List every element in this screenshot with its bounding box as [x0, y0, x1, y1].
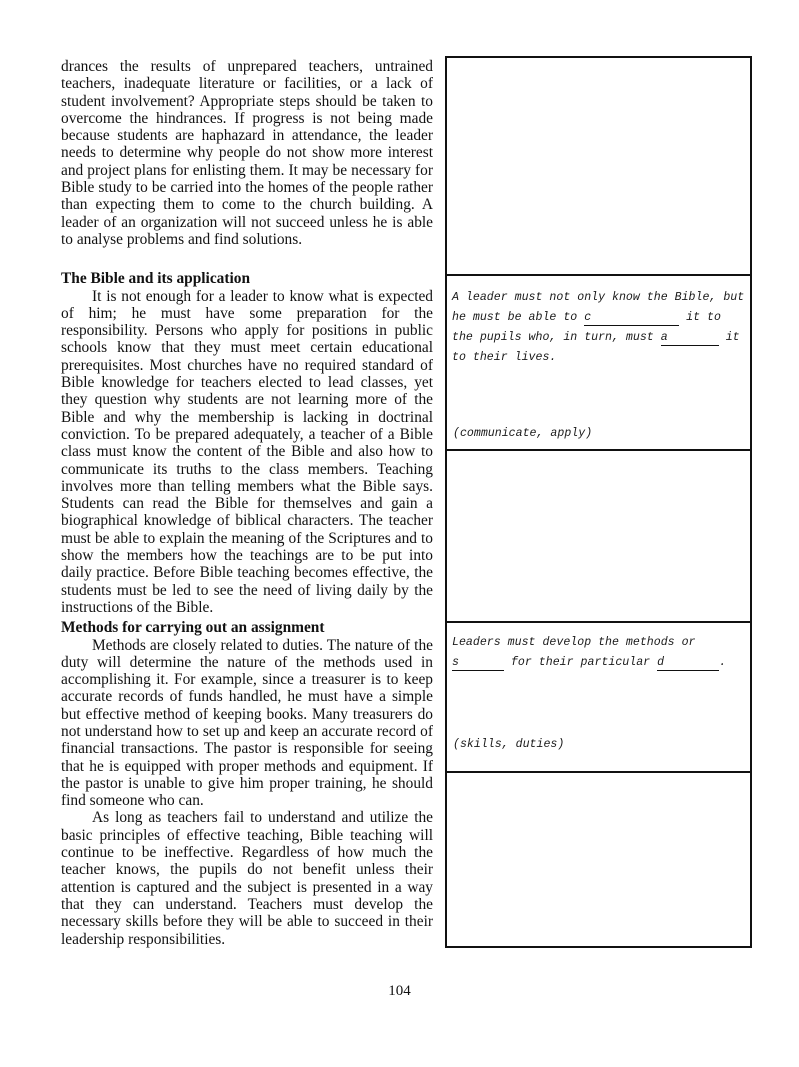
- fill-in-blank[interactable]: s: [452, 656, 504, 671]
- page-number: 104: [0, 983, 799, 1000]
- fill-in-blank[interactable]: d: [657, 656, 719, 671]
- fill-in-blank[interactable]: c: [584, 311, 679, 326]
- frame-4: Leaders must develop the methods or s fo…: [447, 623, 750, 771]
- intro-paragraph: drances the results of unprepared teache…: [61, 58, 433, 248]
- section-heading-bible-application: The Bible and its application: [61, 270, 433, 287]
- fill-in-blank[interactable]: a: [661, 331, 719, 346]
- frame-2: A leader must not only know the Bible, b…: [447, 276, 750, 449]
- methods-paragraph-2: As long as teachers fail to understand a…: [61, 809, 433, 947]
- frame-2-question: A leader must not only know the Bible, b…: [452, 288, 748, 368]
- methods-paragraph-1: Methods are closely related to duties. T…: [61, 637, 433, 810]
- frame-5-empty: [447, 773, 750, 946]
- frame-1-empty: [447, 58, 750, 274]
- frame-4-question: Leaders must develop the methods or s fo…: [452, 633, 748, 673]
- programmed-learning-frames: A leader must not only know the Bible, b…: [445, 56, 752, 948]
- section-heading-methods: Methods for carrying out an assignment: [61, 619, 433, 636]
- frame-3-empty: [447, 451, 750, 621]
- frame-2-answer: (communicate, apply): [453, 427, 592, 440]
- frame-4-answer: (skills, duties): [453, 738, 564, 751]
- main-text-column: drances the results of unprepared teache…: [61, 58, 433, 948]
- bible-application-paragraph: It is not enough for a leader to know wh…: [61, 288, 433, 617]
